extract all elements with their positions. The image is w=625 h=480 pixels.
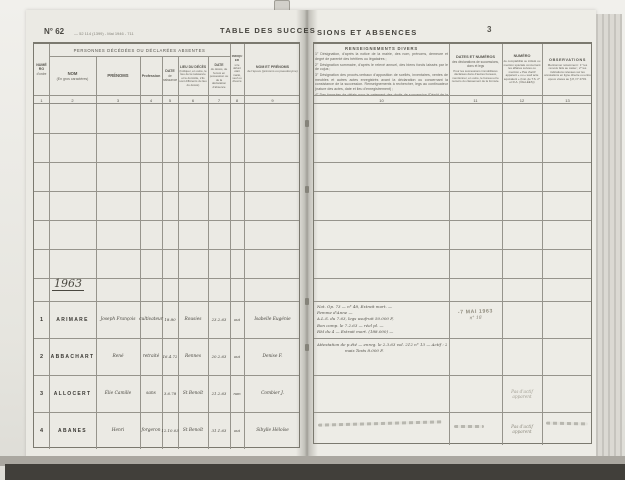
note-line: 3° Désignation des procès-verbaux d'appo… [315,73,448,92]
cell-numero: 4 [34,412,49,449]
grid-line [34,133,299,134]
scanned-register-spread: N° 62 — 52 114 (1399) - Mai 1946 - 711 T… [0,0,625,480]
cell-naissance: 3.6.78 [162,375,178,412]
cell-conjoint: Isabelle Eugénie [244,301,301,338]
staple-mark [305,344,309,351]
note-line: 2° Désignation sommaire, d'après le rele… [315,63,448,72]
cell-deces: 21.2.63 [208,375,230,412]
date-stamp: -7 MAI 1963 n° 18 [452,308,499,322]
grid-line [542,104,543,445]
cell-conjoint: Combier J. [244,375,301,412]
cell-profession: forgeron [140,412,162,449]
cell-profession: retraité [140,338,162,375]
grid-line [314,162,591,163]
left-table-body: 1963 1 ARIMARE Joseph François cultivate… [34,104,299,449]
renseignements-notes: 1° Désignation, d'après la notice de la … [315,52,448,95]
grid-line [34,162,299,163]
form-reference: — 52 114 (1399) - Mai 1946 - 711 [74,31,134,36]
grid-line [314,220,591,221]
cell-numero: 3 [34,375,49,412]
grid-line [314,249,591,250]
grid-line [314,191,591,192]
pencil-annotation [546,422,588,426]
cell-prenoms: Élie Camille [96,375,140,412]
cell-prenoms: Joseph François [96,301,140,338]
cell-lieu: Rousies [178,301,208,338]
col-header-date-deces: DATE du décès, de l'envoi en possession … [208,57,230,95]
grid-line [34,249,299,250]
cell-lieu: St Benoît [178,375,208,412]
grid-line [314,133,591,134]
stamp-number: n° 18 [469,316,481,321]
cell-marie: oui [230,412,244,449]
col-header-comptabilite: NUMÉRO de comptabilité ou intitulé ou me… [502,44,542,95]
handwritten-line: mais Tests 8.000 F. [345,348,447,354]
renseignements-entry: Attestation de p.été — enreg. le 2.3.63 … [317,342,447,354]
cell-deces: 23.2.63 [208,301,230,338]
right-table-header: RENSEIGNEMENTS DIVERS 1° Désignation, d'… [314,44,591,104]
form-number: N° 62 [44,27,64,36]
col-header-dates-numeros: DATES ET NUMÉROS des déclarations de suc… [449,44,502,95]
staple-mark [305,186,309,193]
cell-comptabilite: Pas d'actif apparent [502,412,542,445]
stamp-date: -7 MAI 1963 [458,308,493,315]
cell-numero: 2 [34,338,49,375]
scanner-shadow [5,464,625,480]
cell-profession: cultivateur [140,301,162,338]
title-right: SIONS ET ABSENCES [317,28,418,37]
staple-mark [305,298,309,305]
col-header-profession: Profession [140,57,162,95]
cell-marie: oui [230,338,244,375]
cell-profession: sans [140,375,162,412]
col-header-observations: OBSERVATIONS Mentionner notamment : 1° l… [542,44,593,95]
pencil-annotation [454,425,484,428]
renseignements-entry: Not. Op. 73 — n° 48, Extrait mort. — Fem… [317,304,447,335]
col-header-lieu-deces: LIEU DU DÉCÈS (Indiquer, en outre, le li… [178,57,208,95]
entry-row: 2 ABBACHART René retraité 16.4.72 Rennes… [34,338,299,375]
cell-prenoms: Henri [96,412,140,449]
right-table-body: Not. Op. 73 — n° 48, Extrait mort. — Fem… [314,104,591,445]
left-table: PERSONNES DÉCÉDÉES OU DÉCLARÉES ABSENTES… [33,42,300,448]
col-header-conjoint: NOM ET PRÉNOMS de l'époux (prénoms ou ps… [244,44,301,95]
entry-row: 1 ARIMARE Joseph François cultivateur 18… [34,301,299,338]
note-line: 1° Désignation, d'après la notice de la … [315,52,448,61]
cell-nom: ARIMARE [49,301,96,338]
cell-naissance: 12.10.03 [162,412,178,449]
staple-mark [305,120,309,127]
grid-line [314,278,591,279]
cell-nom: ABANES [49,412,96,449]
page-number: 3 [487,25,491,34]
year-heading: 1963 [52,277,84,291]
cell-numero: 1 [34,301,49,338]
page-stack-edges [596,14,622,458]
cell-comptabilite: Pas d'actif apparent [502,375,542,412]
col-header-renseignements: RENSEIGNEMENTS DIVERS 1° Désignation, d'… [314,44,449,95]
grid-line [314,338,591,339]
grid-line [449,104,450,445]
cell-naissance: 18.80 [162,301,178,338]
handwritten-line: RM du 4 — Extrait mort. (188.000) — [317,329,447,335]
pencil-annotation [318,420,442,426]
col-header-date-naissance: DATE de naissance [162,57,178,95]
right-table: RENSEIGNEMENTS DIVERS 1° Désignation, d'… [313,42,592,444]
col-header-indiquer: INDIQUER si le défunt était marié, veuf … [230,44,244,95]
cell-deces: 20.2.63 [208,338,230,375]
cell-lieu: St Benoît [178,412,208,449]
column-number-row: 10 11 12 13 [314,95,591,104]
cell-nom: ALLOCERT [49,375,96,412]
cell-prenoms: René [96,338,140,375]
left-table-header: PERSONNES DÉCÉDÉES OU DÉCLARÉES ABSENTES… [34,44,299,104]
entry-row: 4 ABANES Henri forgeron 12.10.03 St Beno… [34,412,299,449]
grid-line [34,191,299,192]
column-number-row: 1 2 3 4 5 6 7 8 9 [34,95,299,104]
cell-conjoint: Denise F. [244,338,301,375]
col-header-numero: NUMÉRO d'ordre [34,44,49,95]
grid-line [314,301,591,302]
grid-line [314,375,591,376]
cell-deces: 31.1.63 [208,412,230,449]
cell-marie: non [230,375,244,412]
cell-marie: oui [230,301,244,338]
grid-line [314,412,591,413]
col-header-prenoms: PRÉNOMS [96,57,140,95]
cell-conjoint: Sibylle Héloïse [244,412,301,449]
entry-row: 3 ALLOCERT Élie Camille sans 3.6.78 St B… [34,375,299,412]
cell-naissance: 16.4.72 [162,338,178,375]
cell-lieu: Rennes [178,338,208,375]
cell-nom: ABBACHART [49,338,96,375]
title-left: TABLE DES SUCCES [220,26,316,35]
col-header-nom: NOM (En gros caractères) [49,57,96,95]
group-header: PERSONNES DÉCÉDÉES OU DÉCLARÉES ABSENTES [49,44,230,57]
grid-line [34,220,299,221]
